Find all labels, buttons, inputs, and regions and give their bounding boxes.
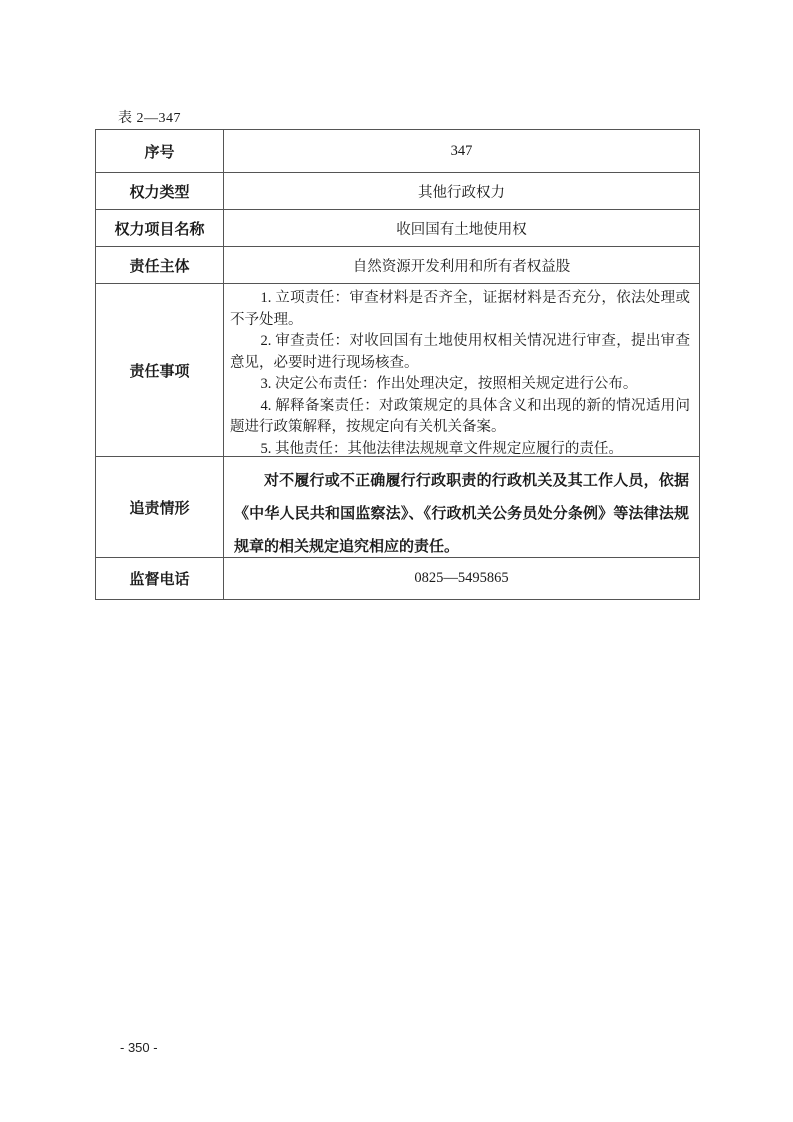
table-row-supervision-phone: 监督电话 0825—5495865 <box>96 558 700 600</box>
row-value-accountability-circumstances: 对不履行或不正确履行行政职责的行政机关及其工作人员，依据《中华人民共和国监察法》… <box>224 457 700 558</box>
row-label-accountability-circumstances: 追责情形 <box>96 457 224 558</box>
document-page: 表 2—347 序号 347 权力类型 其他行政权力 权力项目名称 收回国有土地… <box>0 0 793 1122</box>
responsibility-item-2: 2. 审查责任：对收回国有土地使用权相关情况进行审查，提出审查意见，必要时进行现… <box>230 331 690 374</box>
page-number: - 350 - <box>120 1040 158 1055</box>
row-value-responsibility-items: 1. 立项责任：审查材料是否齐全，证据材料是否充分，依法处理或不予处理。 2. … <box>224 284 700 457</box>
row-value-power-item-name: 收回国有土地使用权 <box>224 210 700 247</box>
responsibility-item-1: 1. 立项责任：审查材料是否齐全，证据材料是否充分，依法处理或不予处理。 <box>230 288 690 331</box>
row-label-responsibility-items: 责任事项 <box>96 284 224 457</box>
row-value-power-type: 其他行政权力 <box>224 173 700 210</box>
responsibility-item-3: 3. 决定公布责任：作出处理决定，按照相关规定进行公布。 <box>230 374 690 396</box>
row-label-responsible-entity: 责任主体 <box>96 247 224 284</box>
row-label-supervision-phone: 监督电话 <box>96 558 224 600</box>
table-caption: 表 2—347 <box>118 107 181 127</box>
row-value-supervision-phone: 0825—5495865 <box>224 558 700 600</box>
row-value-serial-number: 347 <box>224 130 700 173</box>
row-label-power-item-name: 权力项目名称 <box>96 210 224 247</box>
table-row-serial-number: 序号 347 <box>96 130 700 173</box>
responsibility-table: 序号 347 权力类型 其他行政权力 权力项目名称 收回国有土地使用权 责任主体… <box>95 129 700 600</box>
table-row-accountability-circumstances: 追责情形 对不履行或不正确履行行政职责的行政机关及其工作人员，依据《中华人民共和… <box>96 457 700 558</box>
table-row-responsibility-items: 责任事项 1. 立项责任：审查材料是否齐全，证据材料是否充分，依法处理或不予处理… <box>96 284 700 457</box>
accountability-paragraph: 对不履行或不正确履行行政职责的行政机关及其工作人员，依据《中华人民共和国监察法》… <box>234 465 689 564</box>
row-value-responsible-entity: 自然资源开发利用和所有者权益股 <box>224 247 700 284</box>
table-row-responsible-entity: 责任主体 自然资源开发利用和所有者权益股 <box>96 247 700 284</box>
responsibility-item-4: 4. 解释备案责任：对政策规定的具体含义和出现的新的情况适用问题进行政策解释，按… <box>230 396 690 439</box>
table-row-power-item-name: 权力项目名称 收回国有土地使用权 <box>96 210 700 247</box>
table-row-power-type: 权力类型 其他行政权力 <box>96 173 700 210</box>
row-label-serial-number: 序号 <box>96 130 224 173</box>
row-label-power-type: 权力类型 <box>96 173 224 210</box>
